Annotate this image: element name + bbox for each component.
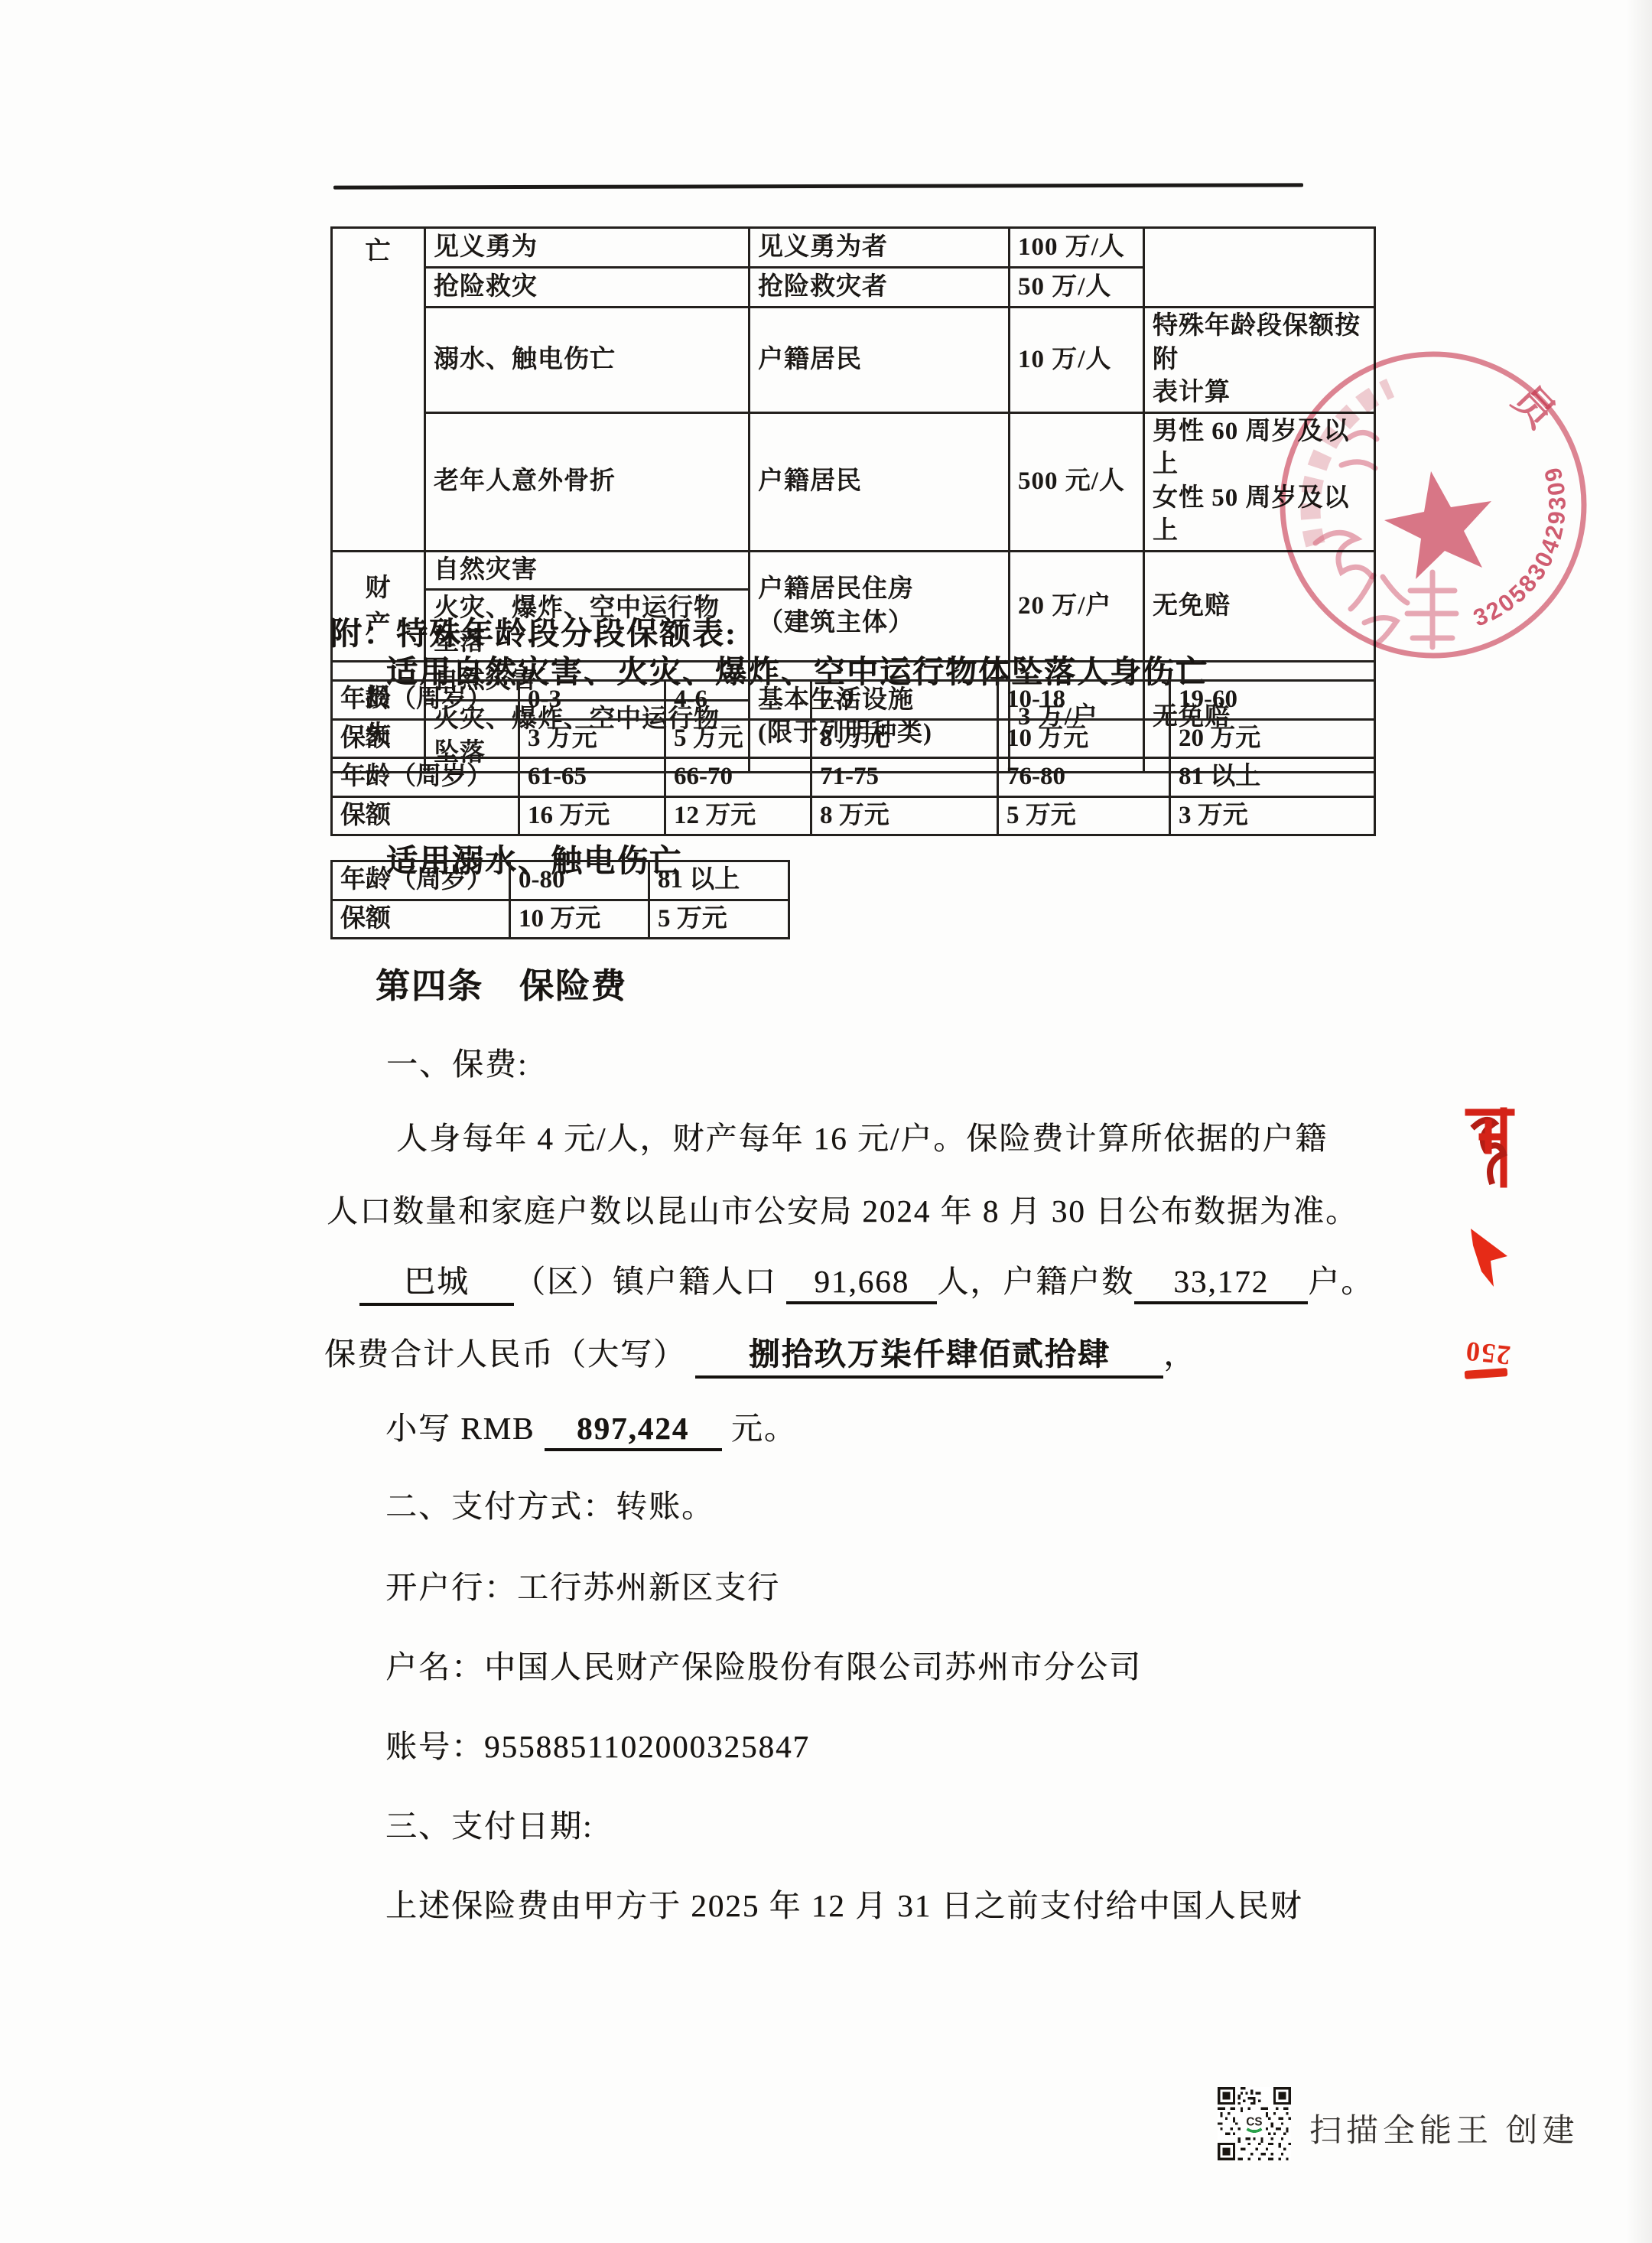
peril-cell: 溺水、触电伤亡 — [425, 308, 750, 413]
amount-cell: 10 万/人 — [1010, 308, 1144, 413]
sum-cell: 5 万元 — [998, 796, 1170, 835]
amount-numeric-field: 897,424 — [545, 1410, 722, 1451]
sum-cell: 20 万元 — [1170, 719, 1375, 758]
item-3-payment-date: 三、支付日期: — [385, 1801, 593, 1846]
sum-cell: 10 万元 — [998, 719, 1170, 758]
edge-mark-underline — [1465, 1368, 1508, 1379]
age-cell: 76-80 — [998, 758, 1170, 797]
seal-faint-arc-text — [1311, 388, 1390, 545]
premium-total-label: 保费合计人民币（大写） — [324, 1336, 686, 1372]
edge-mark-arrow — [1470, 1226, 1510, 1290]
age-cell: 7-9 — [811, 681, 998, 720]
age-cell: 81 以上 — [1170, 758, 1375, 797]
amount-cell: 50 万/人 — [1010, 268, 1144, 308]
top-divider-rule — [333, 183, 1303, 189]
age-band-table-2: 年龄（周岁） 0-80 81 以上 保额 10 万元 5 万元 — [330, 860, 790, 939]
edge-mark-250: 250 — [1465, 1337, 1511, 1378]
item-1-premium: 一、保费: — [386, 1039, 528, 1084]
age-cell: 81 以上 — [649, 861, 789, 900]
note-cell-empty — [1144, 228, 1375, 308]
age-cell: 0-3 — [519, 681, 665, 720]
age-cell: 19-60 — [1170, 681, 1375, 720]
premium-total-line: 保费合计人民币（大写） 捌拾玖万柒仟肆佰贰拾肆， — [324, 1329, 1196, 1379]
svg-text:员会: 员会 — [1276, 346, 1576, 451]
sum-cell: 3 万元 — [519, 719, 665, 758]
premium-numeric-unit: 元。 — [731, 1411, 797, 1446]
object-cell: 户籍居民 — [750, 412, 1010, 551]
object-cell: 户籍居民 — [750, 308, 1010, 413]
account-name-line: 户名：中国人民财产保险股份有限公司苏州市分公司 — [385, 1642, 1142, 1687]
edge-mark-stamp-fragment — [1459, 1103, 1517, 1192]
sum-cell: 8 万元 — [811, 719, 998, 758]
svg-text:3205830429309: 3205830429309 — [1469, 463, 1570, 632]
sum-cell: 16 万元 — [519, 796, 665, 835]
census-label-3: 户。 — [1308, 1264, 1374, 1299]
premium-numeric-line: 小写 RMB 897,424 元。 — [385, 1403, 797, 1451]
qr-code-icon: CS — [1218, 2087, 1291, 2160]
amount-cell: 100 万/人 — [1010, 228, 1144, 268]
article-4-heading: 第四条 保险费 — [376, 958, 627, 1008]
amount-capital-field: 捌拾玖万柒仟肆佰贰拾肆 — [695, 1329, 1163, 1379]
age-cell: 0-80 — [510, 861, 649, 900]
sum-cell: 5 万元 — [649, 900, 789, 939]
households-field: 33,172 — [1134, 1263, 1308, 1304]
age-band-table-1: 年龄（周岁） 0-3 4-6 7-9 10-18 19-60 保额 3 万元 5… — [330, 679, 1376, 836]
camscanner-credit: 扫描全能王 创建 — [1309, 2105, 1579, 2151]
peril-cell: 抢险救灾 — [425, 268, 750, 308]
premium-total-comma: ， — [1163, 1336, 1196, 1372]
object-cell: 见义勇为者 — [750, 228, 1010, 268]
sum-header-cell: 保额 — [332, 796, 519, 835]
town-field: 巴城 — [359, 1256, 514, 1306]
premium-numeric-label: 小写 RMB — [385, 1411, 535, 1446]
sum-header-cell: 保额 — [332, 900, 510, 939]
census-label-2: 人，户籍户数 — [937, 1264, 1134, 1299]
seal-serial-number: 3205830429309 — [1469, 463, 1570, 632]
sum-cell: 12 万元 — [665, 796, 811, 835]
sum-cell: 10 万元 — [510, 900, 649, 939]
age-header-cell: 年龄（周岁） — [332, 861, 510, 900]
age-cell: 61-65 — [519, 758, 665, 797]
age-cell: 4-6 — [665, 681, 811, 720]
payment-date-paragraph: 上述保险费由甲方于 2025 年 12 月 31 日之前支付给中国人民财 — [385, 1880, 1303, 1926]
amount-cell: 20 万/户 — [1010, 551, 1144, 662]
peril-cell: 见义勇为 — [425, 228, 750, 268]
official-seal-stamp: 员会 3205830429309 — [1276, 346, 1597, 667]
object-cell: 抢险救灾者 — [750, 268, 1010, 308]
premium-paragraph-line-2: 人口数量和家庭户数以昆山市公安局 2024 年 8 月 30 日公布数据为准。 — [327, 1186, 1358, 1231]
population-field: 91,668 — [786, 1263, 937, 1304]
peril-cell: 老年人意外骨折 — [425, 412, 750, 551]
age-header-cell: 年龄（周岁） — [332, 681, 519, 720]
object-cell: 户籍居民住房 （建筑主体） — [750, 551, 1010, 662]
premium-paragraph-line-1: 人身每年 4 元/人，财产每年 16 元/户。保险费计算所依据的户籍 — [396, 1113, 1328, 1158]
sum-cell: 3 万元 — [1170, 796, 1375, 835]
census-line: 巴城（区）镇户籍人口 91,668人，户籍户数33,172户。 — [359, 1256, 1374, 1306]
row-group-label-death: 亡 — [332, 228, 425, 552]
qr-cs-logo: CS — [1246, 2115, 1262, 2128]
age-cell: 71-75 — [811, 758, 998, 797]
peril-cell: 自然灾害 — [425, 551, 750, 590]
item-2-payment-method: 二、支付方式：转账。 — [385, 1481, 714, 1526]
age-cell: 10-18 — [998, 681, 1170, 720]
seal-arc-text: 员会 — [1276, 346, 1576, 451]
bank-line: 开户行：工行苏州新区支行 — [385, 1562, 780, 1607]
star-icon — [1384, 471, 1491, 579]
edge-mark-250-text: 250 — [1463, 1335, 1512, 1372]
scanned-document-page: 亡 见义勇为 见义勇为者 100 万/人 抢险救灾 抢险救灾者 50 万/人 溺… — [0, 0, 1652, 2243]
age-header-cell: 年龄（周岁） — [332, 758, 519, 797]
account-number-line: 账号：9558851102000325847 — [385, 1721, 810, 1766]
amount-cell: 500 元/人 — [1010, 412, 1144, 551]
sum-cell: 8 万元 — [811, 796, 998, 835]
census-label-1: （区）镇户籍人口 — [514, 1264, 777, 1299]
age-cell: 66-70 — [665, 758, 811, 797]
sum-header-cell: 保额 — [332, 719, 519, 758]
sum-cell: 5 万元 — [665, 719, 811, 758]
